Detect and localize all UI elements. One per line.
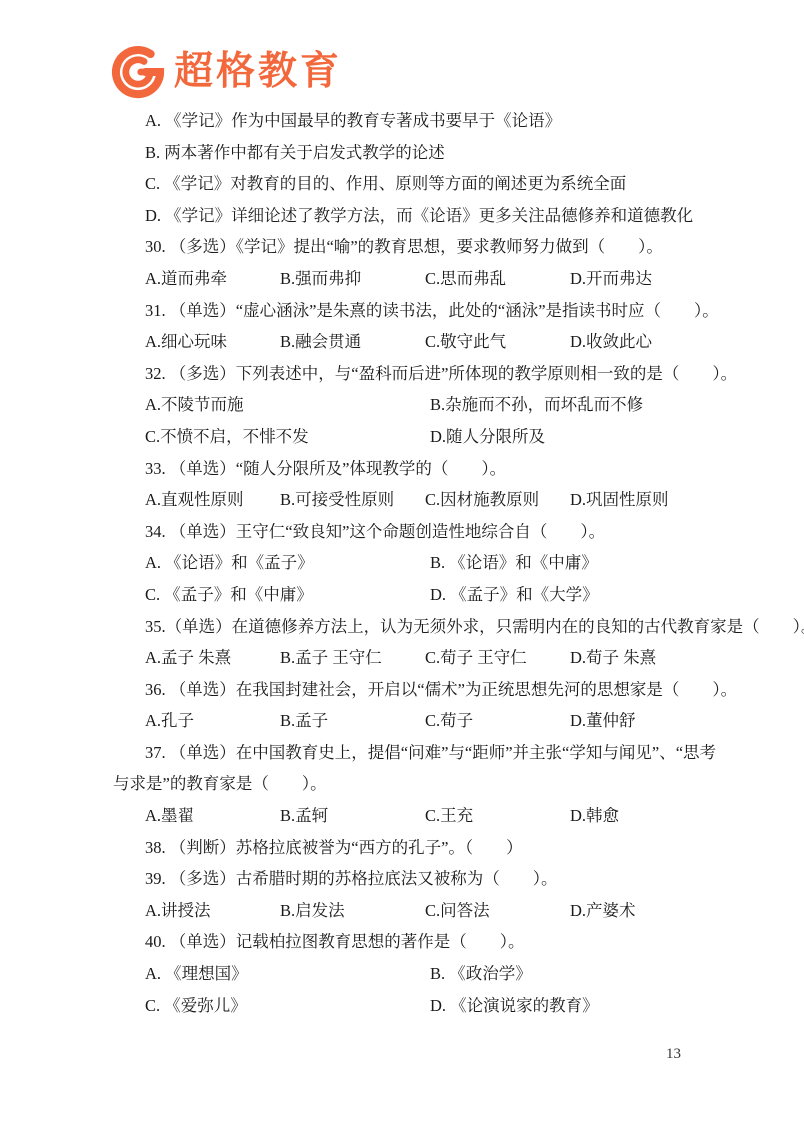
question-line: 37. （单选）在中国教育史上，提倡“问难”与“距师”并主张“学知与闻见”、“思… — [113, 737, 709, 769]
option-item: B.孟轲 — [280, 800, 328, 832]
question-line: 34. （单选）王守仁“致良知”这个命题创造性地综合自（ ）。 — [113, 516, 709, 548]
option-item: B.孟子 王守仁 — [280, 642, 382, 674]
option-item: C.荀子 — [425, 705, 473, 737]
question-line: 30. （多选）《学记》提出“喻”的教育思想，要求教师努力做到（ ）。 — [113, 231, 709, 263]
option-item: A.墨翟 — [145, 800, 194, 832]
option-row: A. 《学记》作为中国最早的教育专著成书要早于《论语》 — [113, 105, 709, 137]
question-line: 36. （单选）在我国封建社会，开启以“儒术”为正统思想先河的思想家是（ ）。 — [113, 674, 709, 706]
option-item: A.孟子 朱熹 — [145, 642, 231, 674]
page-number: 13 — [666, 1044, 681, 1064]
question-line: 31. （单选）“虚心涵泳”是朱熹的读书法，此处的“涵泳”是指读书时应（ ）。 — [113, 295, 709, 327]
brand-name: 超格教育 — [174, 45, 342, 99]
option-row: C. 《孟子》和《中庸》D. 《孟子》和《大学》 — [113, 579, 709, 611]
option-item: B.启发法 — [280, 895, 345, 927]
option-item: C.王充 — [425, 800, 473, 832]
option-item: C.敬守此气 — [425, 326, 506, 358]
question-continuation-line: 与求是”的教育家是（ ）。 — [113, 768, 709, 800]
option-row: A.道而弗牵B.强而弗抑C.思而弗乱D.开而弗达 — [113, 263, 709, 295]
option-item: A. 《理想国》 — [145, 958, 248, 990]
question-line: 32. （多选）下列表述中，与“盈科而后进”所体现的教学原则相一致的是（ ）。 — [113, 358, 709, 390]
option-item: D. 《孟子》和《大学》 — [430, 579, 599, 611]
question-line: 38. （判断）苏格拉底被誉为“西方的孔子”。（ ） — [113, 832, 709, 864]
option-item: A. 《论语》和《孟子》 — [145, 547, 314, 579]
option-item: D.董仲舒 — [570, 705, 636, 737]
option-row: B. 两本著作中都有关于启发式教学的论述 — [113, 137, 709, 169]
option-item: C.不愤不启，不悱不发 — [145, 421, 309, 453]
question-line: 40. （单选）记载柏拉图教育思想的著作是（ ）。 — [113, 926, 709, 958]
option-item: A.讲授法 — [145, 895, 211, 927]
option-item: A.细心玩味 — [145, 326, 227, 358]
option-item: D.韩愈 — [570, 800, 619, 832]
option-item: A.道而弗牵 — [145, 263, 227, 295]
option-row: A.直观性原则B.可接受性原则C.因材施教原则D.巩固性原则 — [113, 484, 709, 516]
option-item: B.可接受性原则 — [280, 484, 394, 516]
option-item: B.杂施而不孙，而坏乱而不修 — [430, 389, 643, 421]
option-row: A.孔子B.孟子C.荀子D.董仲舒 — [113, 705, 709, 737]
document-page: 超格教育 A. 《学记》作为中国最早的教育专著成书要早于《论语》B. 两本著作中… — [0, 0, 804, 1137]
option-item: D.收敛此心 — [570, 326, 652, 358]
option-item: D.产婆术 — [570, 895, 636, 927]
option-item: C.因材施教原则 — [425, 484, 539, 516]
option-item: B.强而弗抑 — [280, 263, 361, 295]
option-row: D. 《学记》详细论述了教学方法，而《论语》更多关注品德修养和道德教化 — [113, 200, 709, 232]
option-item: B.孟子 — [280, 705, 328, 737]
chaoge-double-g-icon — [111, 45, 165, 99]
option-item: B. 《政治学》 — [430, 958, 532, 990]
question-line: 35.（单选）在道德修养方法上，认为无须外求，只需明内在的良知的古代教育家是（ … — [113, 611, 709, 643]
option-row: A.细心玩味B.融会贯通C.敬守此气D.收敛此心 — [113, 326, 709, 358]
option-item: D.巩固性原则 — [570, 484, 669, 516]
question-line: 39. （多选）古希腊时期的苏格拉底法又被称为（ ）。 — [113, 863, 709, 895]
option-row: C. 《学记》对教育的目的、作用、原则等方面的阐述更为系统全面 — [113, 168, 709, 200]
option-item: A.孔子 — [145, 705, 194, 737]
option-row: A.讲授法B.启发法C.问答法D.产婆术 — [113, 895, 709, 927]
option-item: B.融会贯通 — [280, 326, 361, 358]
option-item: C. 《爱弥儿》 — [145, 990, 247, 1022]
option-item: C.问答法 — [425, 895, 490, 927]
question-list: A. 《学记》作为中国最早的教育专著成书要早于《论语》B. 两本著作中都有关于启… — [113, 105, 709, 1021]
option-item: A.不陵节而施 — [145, 389, 244, 421]
option-row: A.墨翟B.孟轲C.王充D.韩愈 — [113, 800, 709, 832]
option-item: A.直观性原则 — [145, 484, 244, 516]
option-item: C.思而弗乱 — [425, 263, 506, 295]
option-row: A. 《理想国》B. 《政治学》 — [113, 958, 709, 990]
option-item: D.开而弗达 — [570, 263, 652, 295]
option-item: C.荀子 王守仁 — [425, 642, 527, 674]
option-item: C. 《孟子》和《中庸》 — [145, 579, 313, 611]
option-item: D.荀子 朱熹 — [570, 642, 656, 674]
option-item: B. 《论语》和《中庸》 — [430, 547, 598, 579]
question-line: 33. （单选）“随人分限所及”体现教学的（ ）。 — [113, 453, 709, 485]
option-row: A.孟子 朱熹B.孟子 王守仁C.荀子 王守仁D.荀子 朱熹 — [113, 642, 709, 674]
option-item: D.随人分限所及 — [430, 421, 545, 453]
option-row: A.不陵节而施B.杂施而不孙，而坏乱而不修 — [113, 389, 709, 421]
option-row: C. 《爱弥儿》D. 《论演说家的教育》 — [113, 990, 709, 1022]
option-row: A. 《论语》和《孟子》B. 《论语》和《中庸》 — [113, 547, 709, 579]
brand-logo: 超格教育 — [111, 45, 342, 99]
option-item: D. 《论演说家的教育》 — [430, 990, 599, 1022]
option-row: C.不愤不启，不悱不发D.随人分限所及 — [113, 421, 709, 453]
